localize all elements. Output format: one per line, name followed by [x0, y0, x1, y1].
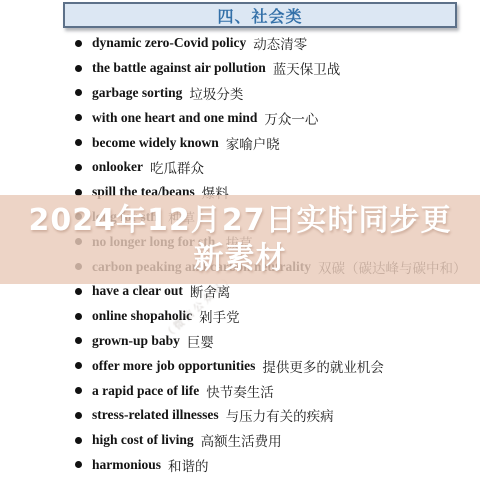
- vocab-english: stress-related illnesses: [92, 407, 219, 423]
- category-header: 四、社会类: [63, 2, 457, 28]
- vocab-english: have a clear out: [92, 283, 183, 299]
- vocab-english: a rapid pace of life: [92, 383, 199, 399]
- vocab-chinese: 和谐的: [168, 455, 209, 475]
- vocab-english: onlooker: [92, 159, 143, 175]
- update-banner: 2024年12月27日实时同步更 新素材: [0, 195, 480, 284]
- list-item: a rapid pace of life快节奏生活: [0, 378, 480, 403]
- bullet-icon: [75, 313, 82, 320]
- vocab-english: offer more job opportunities: [92, 358, 255, 374]
- vocab-english: grown-up baby: [92, 333, 180, 349]
- bullet-icon: [75, 89, 82, 96]
- vocab-english: harmonious: [92, 457, 161, 473]
- document-page: 四、社会类 dynamic zero-Covid policy动态清零 the …: [0, 0, 480, 480]
- vocab-chinese: 断舍离: [190, 281, 231, 301]
- vocab-chinese: 巨婴: [187, 331, 214, 351]
- vocab-chinese: 剁手党: [199, 306, 240, 326]
- vocab-chinese: 提供更多的就业机会: [262, 356, 384, 376]
- vocab-chinese: 动态清零: [253, 33, 307, 53]
- list-item: online shopaholic剁手党: [0, 304, 480, 329]
- update-banner-line1: 2024年12月27日实时同步更: [29, 202, 452, 240]
- bullet-icon: [75, 288, 82, 295]
- category-title: 四、社会类: [217, 4, 302, 27]
- vocab-chinese: 快节奏生活: [206, 381, 274, 401]
- vocab-english: the battle against air pollution: [92, 60, 266, 76]
- bullet-icon: [75, 114, 82, 121]
- list-item: harmonious和谐的: [0, 453, 480, 478]
- bullet-icon: [75, 412, 82, 419]
- list-item: stress-related illnesses与压力有关的疾病: [0, 403, 480, 428]
- vocab-chinese: 家喻户晓: [226, 133, 280, 153]
- list-item: dynamic zero-Covid policy动态清零: [0, 31, 480, 56]
- list-item: onlooker吃瓜群众: [0, 155, 480, 180]
- bullet-icon: [75, 164, 82, 171]
- vocab-chinese: 吃瓜群众: [150, 157, 204, 177]
- bullet-icon: [75, 139, 82, 146]
- vocab-english: garbage sorting: [92, 85, 182, 101]
- vocab-english: become widely known: [92, 135, 219, 151]
- list-item: high cost of living高额生活费用: [0, 428, 480, 453]
- vocab-english: dynamic zero-Covid policy: [92, 35, 246, 51]
- list-item: offer more job opportunities提供更多的就业机会: [0, 353, 480, 378]
- list-item: garbage sorting垃圾分类: [0, 81, 480, 106]
- update-banner-line2: 新素材: [194, 240, 287, 278]
- bullet-icon: [75, 387, 82, 394]
- vocab-chinese: 高额生活费用: [201, 430, 282, 450]
- bullet-icon: [75, 40, 82, 47]
- vocab-chinese: 蓝天保卫战: [273, 58, 341, 78]
- vocab-english: high cost of living: [92, 432, 194, 448]
- bullet-icon: [75, 362, 82, 369]
- list-item: the battle against air pollution蓝天保卫战: [0, 56, 480, 81]
- vocab-english: online shopaholic: [92, 308, 192, 324]
- bullet-icon: [75, 461, 82, 468]
- list-item: become widely known家喻户晓: [0, 130, 480, 155]
- list-item: with one heart and one mind万众一心: [0, 105, 480, 130]
- vocab-chinese: 万众一心: [264, 108, 318, 128]
- vocab-chinese: 垃圾分类: [189, 83, 243, 103]
- vocab-chinese: 与压力有关的疾病: [226, 405, 334, 425]
- bullet-icon: [75, 65, 82, 72]
- vocab-english: with one heart and one mind: [92, 110, 257, 126]
- bullet-icon: [75, 437, 82, 444]
- list-item: grown-up baby巨婴: [0, 329, 480, 354]
- bullet-icon: [75, 337, 82, 344]
